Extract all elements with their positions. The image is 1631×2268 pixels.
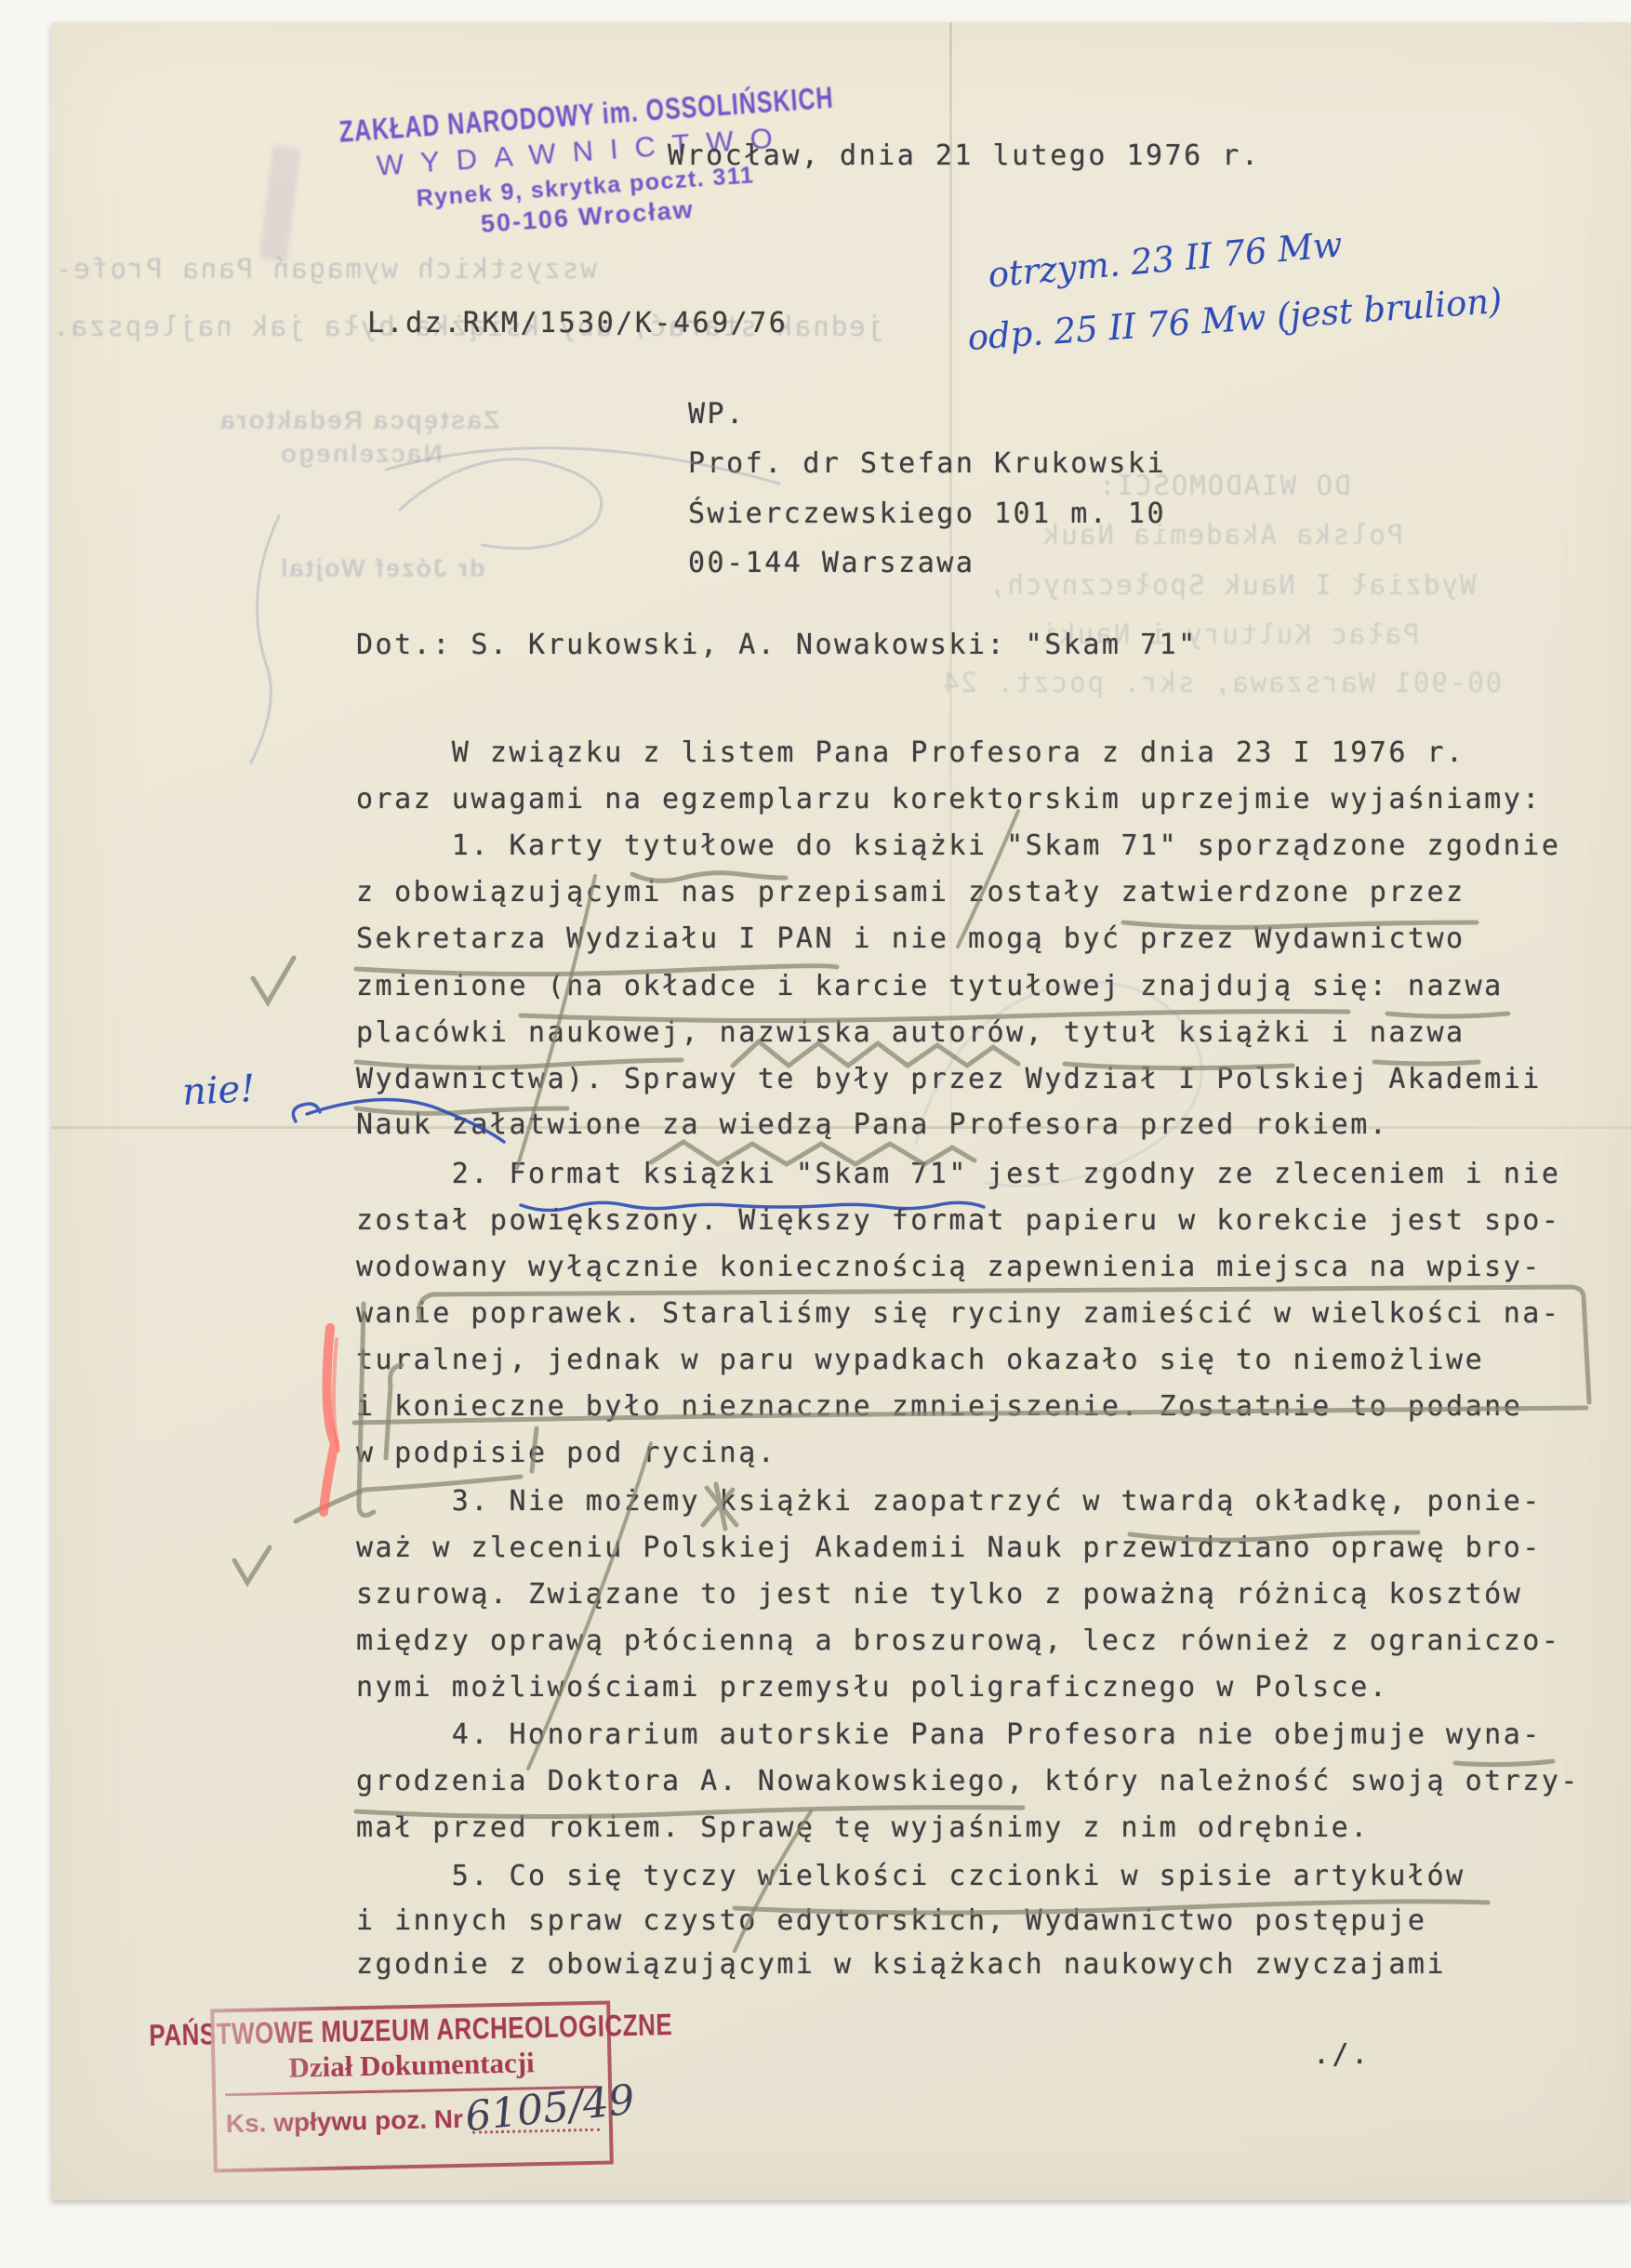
pencil-diagonal-stroke	[517, 876, 595, 1168]
pencil-checkmark	[234, 1547, 270, 1583]
pencil-box-bottom	[354, 1408, 1586, 1423]
pencil-diagonal-stroke	[735, 1811, 811, 1951]
pencil-underline-tytul-ksiazki	[1065, 1064, 1293, 1068]
pencil-checkmark	[253, 958, 294, 1002]
pencil-box-left-bracket	[386, 1365, 402, 1458]
scanned-letter-page: wszystkich wymagań Pana Profe- jednak st…	[0, 0, 1631, 2268]
pencil-diagonal-stroke	[958, 811, 1018, 947]
pencil-marks	[234, 811, 1589, 1951]
pencil-underline-wielkosci	[735, 1902, 1488, 1913]
pencil-underline-twarda	[1130, 1532, 1418, 1540]
ghost-signature-tail	[251, 516, 279, 763]
pencil-underline-sekretarza	[356, 966, 837, 975]
pencil-zigzag-za-wiedza	[651, 1142, 975, 1164]
pencil-box-top	[419, 1287, 1589, 1402]
pencil-underline-nazwa2	[1374, 1062, 1479, 1064]
pencil-underline-tytulowe	[632, 873, 786, 882]
pencil-underline-placowki	[356, 1060, 682, 1068]
pencil-underline-zatwierdzone	[1123, 922, 1477, 927]
pencil-scribble-ksiazki	[703, 1484, 736, 1529]
pencil-zigzag-nazwiska	[733, 1041, 1018, 1066]
pencil-underline-grodzenia	[356, 1808, 1023, 1817]
pencil-underline-okladce	[521, 1012, 1348, 1021]
red-margin-stroke-echo	[334, 1339, 338, 1451]
ghost-signature-loop	[400, 459, 602, 549]
pencil-left-margin-line	[359, 1304, 374, 1516]
pencil-underline-nazwa1	[1387, 1014, 1508, 1016]
pencil-diagonal-stroke	[528, 1443, 651, 1769]
blue-underline-format	[521, 1202, 984, 1210]
pencil-underline-wyna	[1455, 1761, 1553, 1765]
pencil-box-step	[532, 1428, 537, 1471]
blue-ink-marks	[293, 1099, 984, 1210]
ghost-signature-strokes	[251, 448, 1201, 1186]
blue-arrow-margin-note	[293, 1099, 504, 1142]
red-pencil-marks	[324, 1328, 338, 1512]
annotation-marks-layer	[0, 0, 1631, 2268]
